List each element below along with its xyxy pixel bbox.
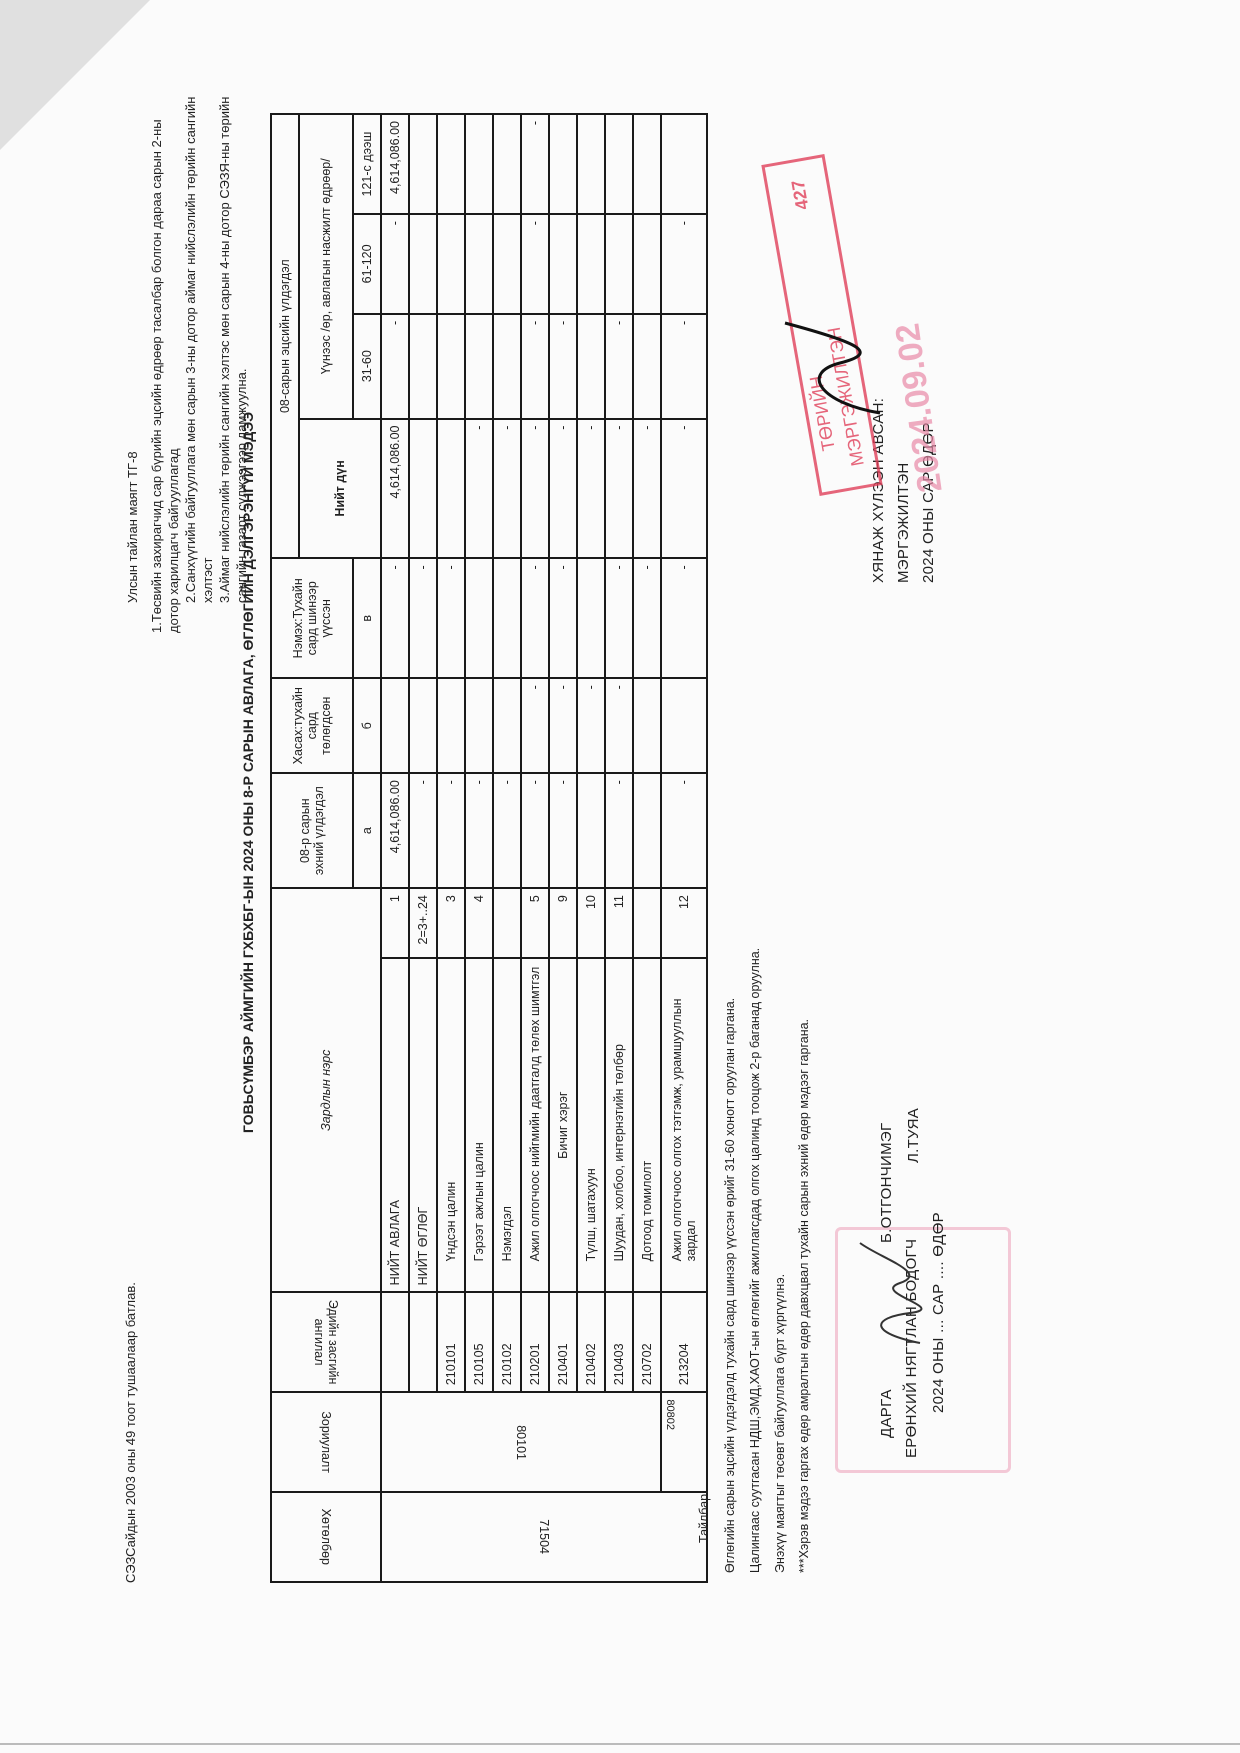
value-cell-d61-120 <box>409 214 437 314</box>
econ-code-cell: 210403 <box>605 1292 633 1392</box>
value-cell-d61-120 <box>577 214 605 314</box>
value-cell-total: - <box>605 419 633 559</box>
director-signature <box>850 1233 940 1353</box>
value-cell-d31-60 <box>633 314 661 419</box>
value-cell-opening: 4,614,086.00 <box>381 773 409 888</box>
header-expense-type: Зардлын нэрс <box>271 888 381 1292</box>
value-cell-total: - <box>577 419 605 559</box>
value-cell-d31-60 <box>493 314 521 419</box>
value-cell-decrease <box>633 678 661 773</box>
receiver-signature <box>780 313 890 433</box>
value-cell-total <box>409 419 437 559</box>
value-cell-d31-60: - <box>521 314 549 419</box>
note-2: Цалингаас суутгасан НДШ,ЭМД,ХАОТ-ын өглө… <box>748 948 762 1573</box>
table-row: НИЙТ ӨГЛӨГ2=3+..24-- <box>409 114 437 1582</box>
value-cell-d121 <box>437 114 465 214</box>
expense-name-cell: Үндсэн цалин <box>437 958 465 1292</box>
value-cell-d61-120 <box>437 214 465 314</box>
value-cell-total: 4,614,086.00 <box>381 419 409 559</box>
approval-note: СЭЗСайдын 2003 оны 49 тоот тушаалаар бат… <box>123 1282 138 1583</box>
signer-name-director: Б.ОТГОНЧИМЭГ <box>878 1123 895 1243</box>
table-row: 210105Гэрээт ажлын цалин4-- <box>465 114 493 1582</box>
value-cell-decrease <box>493 678 521 773</box>
header-121-plus: 121-с дээш <box>353 114 381 214</box>
value-cell-d121 <box>633 114 661 214</box>
value-cell-decrease: - <box>521 678 549 773</box>
purpose-code-cell: 80101 <box>381 1392 661 1492</box>
note-4: ***Хэрэв мэдээ гаргах өдөр амралтын өдөр… <box>797 1019 811 1573</box>
value-cell-opening: - <box>437 773 465 888</box>
line-number-cell: 10 <box>577 888 605 958</box>
value-cell-d31-60: - <box>661 314 707 419</box>
value-cell-increase: - <box>381 558 409 678</box>
instruction-1: 1.Төсвийн захирагчид сар бүрийн эцсийн ө… <box>148 93 182 633</box>
value-cell-d31-60 <box>577 314 605 419</box>
signer-role-director: ДАРГА <box>878 1389 895 1438</box>
table-row: 7150480101НИЙТ АВЛАГА14,614,086.00-4,614… <box>381 114 409 1582</box>
expense-name-cell: Бичиг хэрэг <box>549 958 577 1292</box>
header-31-60: 31-60 <box>353 314 381 419</box>
header-total: Нийт дүн <box>299 419 381 559</box>
value-cell-decrease <box>409 678 437 773</box>
value-cell-opening: - <box>521 773 549 888</box>
value-cell-d121 <box>577 114 605 214</box>
note-3: Энэхүү маягтыг төсөвт байгууллага бүрт х… <box>773 1274 787 1573</box>
value-cell-d121 <box>605 114 633 214</box>
value-cell-decrease: - <box>577 678 605 773</box>
value-cell-d121 <box>409 114 437 214</box>
code-increase: в <box>353 558 381 678</box>
line-number-cell: 4 <box>465 888 493 958</box>
value-cell-d61-120 <box>549 214 577 314</box>
expense-name-cell: Шуудан, холбоо, интернэтийн төлбөр <box>605 958 633 1292</box>
expense-name-cell: НИЙТ ӨГЛӨГ <box>409 958 437 1292</box>
expense-name-cell: Түлш, шатахуун <box>577 958 605 1292</box>
value-cell-opening <box>633 773 661 888</box>
value-cell-increase: - <box>633 558 661 678</box>
line-number-cell: 11 <box>605 888 633 958</box>
table-row: 210101Үндсэн цалин3-- <box>437 114 465 1582</box>
value-cell-opening: - <box>605 773 633 888</box>
value-cell-opening: - <box>409 773 437 888</box>
table-row: 210702Дотоод томилолт-- <box>633 114 661 1582</box>
value-cell-d61-120 <box>605 214 633 314</box>
econ-code-cell <box>381 1292 409 1392</box>
value-cell-d31-60: - <box>381 314 409 419</box>
instruction-2: 2.Санхүүгийн байгууллага мөн сарын 3-ны … <box>182 93 216 633</box>
value-cell-decrease <box>381 678 409 773</box>
value-cell-d61-120: - <box>661 214 707 314</box>
expense-name-cell: Дотоод томилолт <box>633 958 661 1292</box>
value-cell-d121: 4,614,086.00 <box>381 114 409 214</box>
value-cell-opening: - <box>493 773 521 888</box>
value-cell-increase: - <box>661 558 707 678</box>
value-cell-total: - <box>521 419 549 559</box>
expense-name-cell: Нэмэгдэл <box>493 958 521 1292</box>
table-body: 7150480101НИЙТ АВЛАГА14,614,086.00-4,614… <box>381 114 707 1582</box>
econ-code-cell: 213204 <box>661 1292 707 1392</box>
signer-name-accountant: Л.ТУЯА <box>905 1108 922 1163</box>
table-row: 80802213204Ажил олгогчоос олгох тэтгэмж,… <box>661 114 707 1582</box>
value-cell-opening: - <box>661 773 707 888</box>
value-cell-total: - <box>549 419 577 559</box>
value-cell-increase <box>465 558 493 678</box>
econ-code-cell <box>409 1292 437 1392</box>
header-aging-group: Үүнээс /өр, авлагын насжилт өдрөөр/ <box>299 114 353 419</box>
value-cell-total: - <box>661 419 707 559</box>
value-cell-decrease <box>661 678 707 773</box>
header-purpose: Зориулалт <box>271 1392 381 1492</box>
line-number-cell: 2=3+..24 <box>409 888 437 958</box>
value-cell-d31-60 <box>409 314 437 419</box>
value-cell-increase: - <box>521 558 549 678</box>
header-increase: Нэмэх:Тухайн сард шинээр үүссэн <box>271 558 353 678</box>
value-cell-d61-120 <box>633 214 661 314</box>
value-cell-d31-60: - <box>549 314 577 419</box>
value-cell-decrease: - <box>605 678 633 773</box>
value-cell-d61-120: - <box>381 214 409 314</box>
line-number-cell <box>493 888 521 958</box>
expense-name-cell: Ажил олгогчоос олгох тэтгэмж, урамшууллы… <box>661 958 707 1292</box>
value-cell-d121 <box>465 114 493 214</box>
expense-name-cell: НИЙТ АВЛАГА <box>381 958 409 1292</box>
econ-code-cell: 210102 <box>493 1292 521 1392</box>
header-closing-group: 08-сарын эцсийн үлдэгдэл <box>271 114 299 558</box>
line-number-cell: 1 <box>381 888 409 958</box>
econ-code-cell: 210702 <box>633 1292 661 1392</box>
value-cell-increase <box>577 558 605 678</box>
form-name: Улсын тайлан маягт ТГ-8 <box>125 451 140 603</box>
submission-instructions: 1.Төсвийн захирагчид сар бүрийн эцсийн ө… <box>148 93 250 633</box>
value-cell-total: - <box>493 419 521 559</box>
rotated-document-page: СЭЗСайдын 2003 оны 49 тоот тушаалаар бат… <box>0 0 1240 1753</box>
value-cell-total <box>437 419 465 559</box>
line-number-cell: 9 <box>549 888 577 958</box>
value-cell-total: - <box>633 419 661 559</box>
table-row: 210201Ажил олгогчоос нийгмийн даатгалд т… <box>521 114 549 1582</box>
value-cell-d31-60: - <box>605 314 633 419</box>
value-cell-opening: - <box>549 773 577 888</box>
value-cell-d121: - <box>521 114 549 214</box>
table-row: 210403Шуудан, холбоо, интернэтийн төлбөр… <box>605 114 633 1582</box>
stamp-number: 427 <box>788 178 814 211</box>
value-cell-increase: - <box>437 558 465 678</box>
econ-code-cell: 210402 <box>577 1292 605 1392</box>
note-1: Өглөгийн сарын эцсийн үлдэгдэлд тухайн с… <box>723 998 737 1573</box>
line-number-cell <box>633 888 661 958</box>
program-code-cell: 71504 <box>381 1492 707 1582</box>
expense-name-cell: Ажил олгогчоос нийгмийн даатгалд төлөх ш… <box>521 958 549 1292</box>
value-cell-d61-120 <box>465 214 493 314</box>
table-row: 210402Түлш, шатахуун10-- <box>577 114 605 1582</box>
value-cell-d31-60 <box>465 314 493 419</box>
code-decrease: б <box>353 678 381 773</box>
line-number-cell: 12 <box>661 888 707 958</box>
notes-heading: Тайлбар: <box>697 1490 711 1543</box>
econ-code-cell: 210105 <box>465 1292 493 1392</box>
value-cell-d121 <box>493 114 521 214</box>
line-number-cell: 3 <box>437 888 465 958</box>
code-opening: а <box>353 773 381 888</box>
table-row: 210102Нэмэгдэл-- <box>493 114 521 1582</box>
header-decrease: Хасах:тухайн сард төлөгдсөн <box>271 678 353 773</box>
value-cell-increase: - <box>409 558 437 678</box>
value-cell-opening <box>577 773 605 888</box>
header-61-120: 61-120 <box>353 214 381 314</box>
receivables-payables-table: Хөтөлбөр Зориулалт Эдийн засгийн ангилал… <box>270 113 708 1583</box>
value-cell-opening: - <box>465 773 493 888</box>
value-cell-increase: - <box>605 558 633 678</box>
table-row: 210401Бичиг хэрэг9----- <box>549 114 577 1582</box>
value-cell-d121 <box>661 114 707 214</box>
value-cell-decrease <box>437 678 465 773</box>
value-cell-decrease <box>465 678 493 773</box>
value-cell-decrease: - <box>549 678 577 773</box>
expense-name-cell: Гэрээт ажлын цалин <box>465 958 493 1292</box>
value-cell-d61-120 <box>493 214 521 314</box>
value-cell-increase <box>493 558 521 678</box>
value-cell-d121 <box>549 114 577 214</box>
document-title: ГОВЬСҮМБЭР АЙМГИЙН ГХБХБГ-ЫН 2024 ОНЫ 8-… <box>240 0 256 1523</box>
econ-code-cell: 210101 <box>437 1292 465 1392</box>
econ-code-cell: 210401 <box>549 1292 577 1392</box>
purpose-code-cell: 80802 <box>661 1392 707 1492</box>
value-cell-d61-120: - <box>521 214 549 314</box>
line-number-cell: 5 <box>521 888 549 958</box>
header-program: Хөтөлбөр <box>271 1492 381 1582</box>
value-cell-increase: - <box>549 558 577 678</box>
header-econ-class: Эдийн засгийн ангилал <box>271 1292 381 1392</box>
value-cell-d31-60 <box>437 314 465 419</box>
econ-code-cell: 210201 <box>521 1292 549 1392</box>
value-cell-total: - <box>465 419 493 559</box>
header-opening: 08-р сарын эхний үлдэгдэл <box>271 773 353 888</box>
